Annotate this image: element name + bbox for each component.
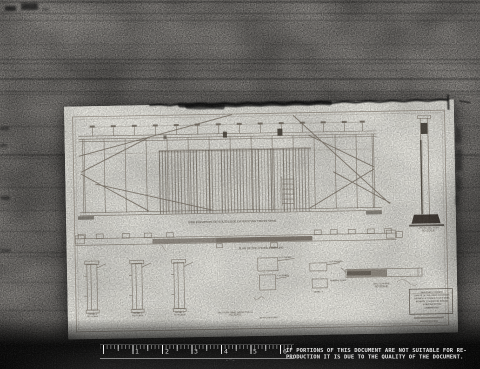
film-artifact — [5, 6, 16, 11]
section-bb-detail — [341, 266, 422, 277]
microfilm-scan: SIDE ELEVATION OF SOUTH SIDE OF EXISTING… — [0, 0, 480, 369]
film-artifact — [0, 249, 11, 252]
splice-details — [253, 257, 296, 299]
post-section-details — [84, 259, 194, 313]
washer-details — [310, 263, 340, 289]
film-artifact — [0, 127, 9, 130]
ruler-submark: – ··· – — [226, 358, 235, 362]
edge-smudge — [456, 128, 461, 144]
film-artifact — [42, 8, 49, 11]
leader-note-3: CUT WASHER — [329, 260, 356, 263]
ruler-number: 1 — [133, 348, 141, 356]
detail-3-label: DETAIL 3 NO SCALE — [164, 311, 196, 317]
detail-4-label: DETAIL 4 — [305, 291, 331, 294]
reproduction-disclaimer: IF PORTIONS OF THIS DOCUMENT ARE NOT SUI… — [286, 347, 467, 360]
edge-smudge — [455, 195, 459, 205]
drawing-sheet: SIDE ELEVATION OF SOUTH SIDE OF EXISTING… — [64, 99, 458, 339]
leader-note-1: 4 x 8 CHORD — [279, 256, 306, 259]
disclaimer-line-2: PRODUCTION IT IS DUE TO THE QUALITY OF T… — [286, 354, 467, 361]
edge-smudge — [456, 177, 461, 191]
ruler-number: 2 — [163, 348, 171, 356]
caption-cross-section: CROSS SECTION NO SCALE — [410, 227, 446, 233]
detail-2-label: DETAIL 2 NO SCALE — [122, 312, 154, 318]
film-artifact — [21, 3, 38, 10]
ruler-number: 5 — [251, 348, 259, 356]
detail-1-label: DETAIL 1 NO SCALE — [77, 313, 109, 319]
leader-note-2: 2 x 8 BRACE — [277, 274, 304, 277]
film-artifact — [0, 144, 7, 147]
truss-elevation — [76, 112, 391, 220]
cross-section-detail — [407, 115, 444, 226]
ruler-number: 3 — [192, 348, 200, 356]
caption-section-bb: SECTION B-B NO SCALE — [360, 282, 402, 289]
edge-smudge — [456, 149, 462, 171]
film-ruler: 1 2 3 4 5 6 — [100, 344, 294, 359]
ruler-number: 4 — [222, 348, 230, 356]
film-artifact — [1, 196, 10, 200]
leader-note-4: BEARING PLATE — [330, 279, 357, 282]
title-block: RAILROAD COMPANY OFFICE OF THE CHIEF ENG… — [410, 290, 453, 309]
